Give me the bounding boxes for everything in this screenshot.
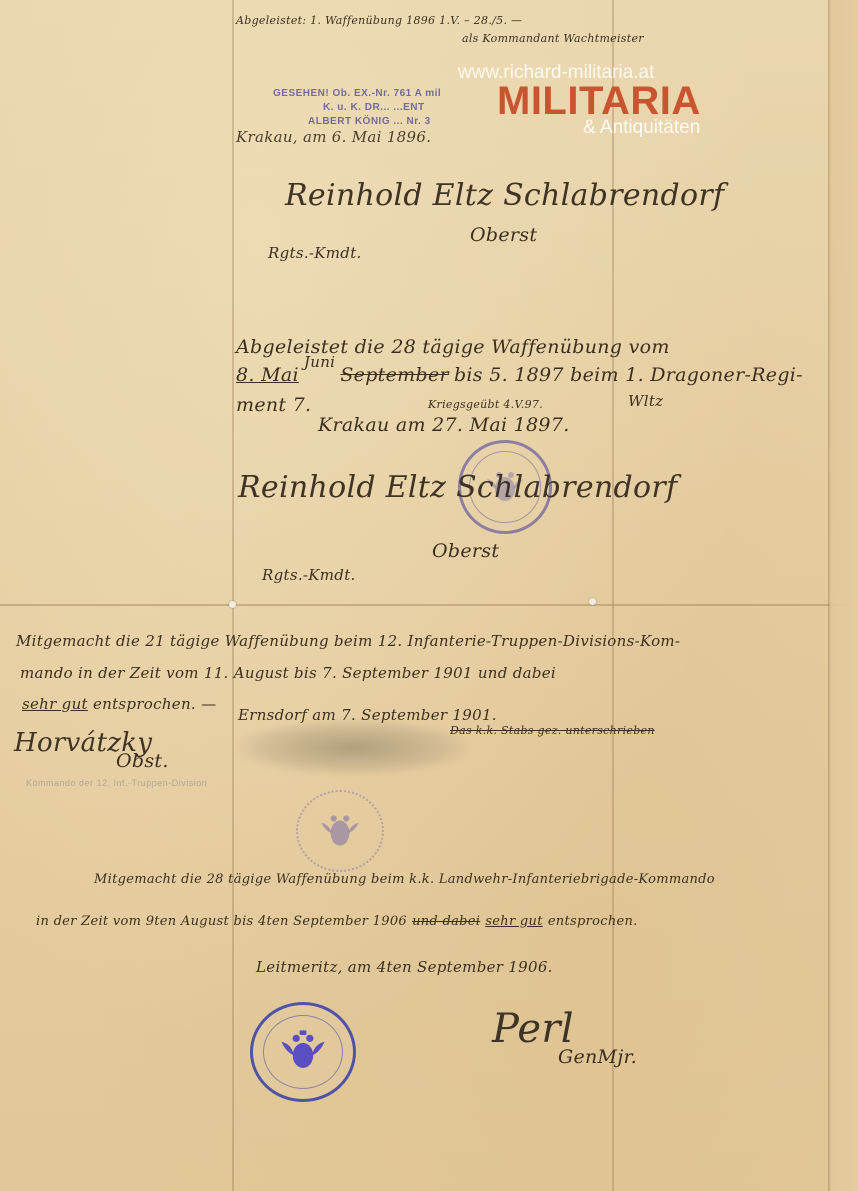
entry1-title: Rgts.-Kmdt. [268,244,362,262]
entry1-signature-rank: Oberst [470,224,537,246]
watermark-brand: MILITARIA [455,84,705,118]
entry2-line2-rest: bis 5. 1897 beim 1. Dragoner-Regi- [454,364,803,386]
entry1-signature: Reinhold Eltz Schlabrendorf [285,178,724,213]
entry3-signature-rank: Obst. [116,750,169,772]
entry2-place-date: Krakau am 27. Mai 1897. [318,414,570,436]
entry2-note: Kriegsgeübt 4.V.97. [428,398,543,411]
entry1-place-date: Krakau, am 6. Mai 1896. [236,128,431,146]
entry2-note-initials: Wltz [628,392,663,410]
entry3-line1: Mitgemacht die 21 tägige Waffenübung bei… [16,632,680,650]
entry4-landwehr-seal [250,1002,356,1102]
entry3-line3-rest: entsprochen. — [93,695,216,713]
double-eagle-icon [278,1027,328,1077]
entry2-insert: Juni [304,353,335,371]
entry2-line2: 8. Mai Juni September bis 5. 1897 beim 1… [236,364,803,386]
stamp-line2: K. u. K. DR... ...ENT [323,102,425,113]
entry4-line2: in der Zeit vom 9ten August bis 4ten Sep… [36,910,638,929]
double-eagle-icon [317,808,363,854]
entry3-line3: sehr gut entsprochen. — [22,694,216,713]
entry3-rating: sehr gut [22,695,88,713]
entry4-signature-rank: GenMjr. [558,1046,637,1068]
paper-edge [828,0,858,1191]
paper-fold-horizontal [0,604,858,606]
entry4-place-date: Leitmeritz, am 4ten September 1906. [256,958,553,976]
entry2-line3: ment 7. [236,394,311,416]
entry2-struck-month: September [340,364,449,386]
stamp-line3: ALBERT KÖNIG ... Nr. 3 [308,116,431,127]
entry4-struck-text: und dabei [412,914,480,929]
entry2-signature-rank: Oberst [432,540,499,562]
entry4-rating: sehr gut [485,914,542,929]
entry2-date-start: 8. Mai [236,364,299,386]
entry2-title: Rgts.-Kmdt. [262,566,356,584]
watermark: www.richard-militaria.at MILITARIA & Ant… [455,62,705,138]
entry4-line2-rest: entsprochen. [548,914,638,929]
entry1-header-line1: Abgeleistet: 1. Waffenübung 1896 1.V. – … [236,14,522,27]
entry4-line2-prefix: in der Zeit vom 9ten August bis 4ten Sep… [36,914,407,929]
entry1-header-line2: als Kommandant Wachtmeister [462,32,644,45]
entry2-signature: Reinhold Eltz Schlabrendorf [238,470,677,505]
entry4-line1: Mitgemacht die 28 tägige Waffenübung bei… [94,872,715,887]
ink-smudge [238,720,468,775]
entry3-division-seal [296,790,384,872]
entry3-struck-text: Das k.k. Stabs gez. unterschrieben [450,724,655,737]
entry3-faded-stamp: Kommando der 12. Inf.-Truppen-Division [26,778,207,788]
paper-fold-vertical-left [232,0,234,1191]
entry3-line2: mando in der Zeit vom 11. August bis 7. … [20,664,556,682]
fold-hole [589,598,596,605]
fold-hole [229,601,236,608]
stamp-line1: GESEHEN! Ob. EX.-Nr. 761 A mil [273,88,441,99]
entry2-line1: Abgeleistet die 28 tägige Waffenübung vo… [236,336,670,358]
